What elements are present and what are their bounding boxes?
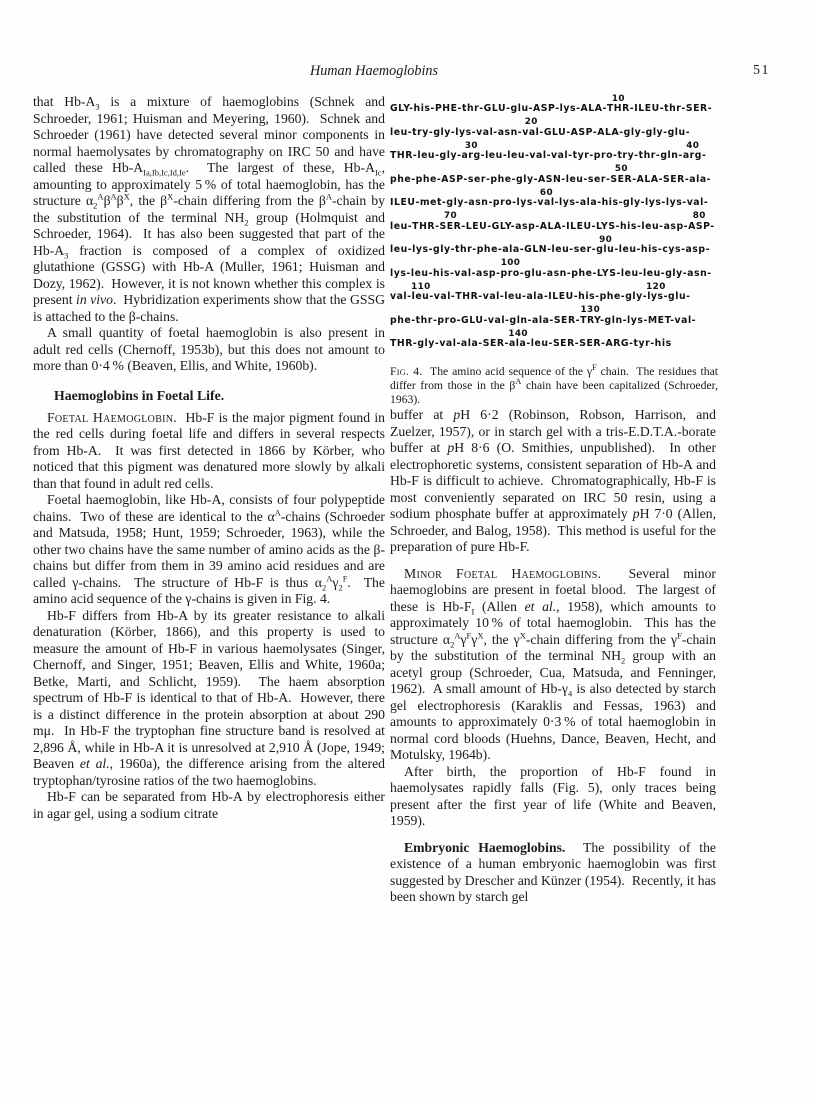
residue: SER- <box>554 316 580 326</box>
residue: his- <box>641 245 662 255</box>
residue: gln- <box>509 316 532 326</box>
residue: thr- <box>639 151 661 161</box>
residue: phe- <box>416 175 442 185</box>
residue: lys- <box>645 198 666 208</box>
residue: 90glu- <box>596 245 619 255</box>
figure-caption: Fig. 4. The amino acid sequence of the γ… <box>390 365 718 407</box>
sequence-line: ILEU-met-gly-asn-pro-lys-60val-lys-ala-h… <box>390 185 754 209</box>
residue: 70SER- <box>440 222 466 232</box>
residue-number: 70 <box>444 211 457 221</box>
paragraph: Hb-F differs from Hb-A by its greater re… <box>33 608 385 790</box>
residue: ALA- <box>597 128 623 138</box>
residue: lys- <box>455 128 476 138</box>
residue: ASP- <box>571 128 598 138</box>
residue: ala- <box>526 292 548 302</box>
residue: tyr- <box>634 339 655 349</box>
residue: leu- <box>531 339 553 349</box>
sequence-line: val-110leu-val-THR-val-leu-ala-ILEU-his-… <box>390 279 754 303</box>
residue: glu- <box>668 128 691 138</box>
residue: his- <box>602 198 623 208</box>
paragraph-lead: Embryonic Haemoglobins. <box>404 840 565 855</box>
residue: his <box>655 339 672 349</box>
residue: ILEU- <box>390 198 420 208</box>
residue: PHE- <box>435 104 462 114</box>
residue: THR- <box>390 339 417 349</box>
residue: ala- <box>502 245 524 255</box>
residue-number: 110 <box>411 282 431 292</box>
residue: pro- <box>594 151 618 161</box>
residue-number: 80 <box>693 211 706 221</box>
residue: asn- <box>468 198 492 208</box>
residue: 30arg- <box>461 151 485 161</box>
residue: ASP- <box>441 175 468 185</box>
residue: val- <box>439 339 461 349</box>
paragraph: buffer at pH 6·2 (Robinson, Robson, Harr… <box>390 407 716 556</box>
residue: lys- <box>412 245 433 255</box>
right-column-body: buffer at pH 6·2 (Robinson, Robson, Harr… <box>390 407 716 906</box>
residue: 20val- <box>522 128 544 138</box>
residue: gln- <box>605 316 628 326</box>
sequence-line: THR-gly-val-ala-SER-140ala-leu-SER-SER-A… <box>390 326 754 350</box>
residue: asn- <box>498 128 522 138</box>
residue: ser- <box>574 245 596 255</box>
residue: val- <box>687 198 709 208</box>
residue: asp- <box>515 222 540 232</box>
residue: ALA- <box>540 222 566 232</box>
residue: val- <box>551 151 573 161</box>
sequence-line: phe-thr-pro-GLU-val-gln-ala-SER-130TRY-g… <box>390 302 754 326</box>
residue: lys- <box>517 198 538 208</box>
residue: phe- <box>390 175 416 185</box>
residue: thr- <box>455 245 477 255</box>
residue: LEU- <box>466 222 492 232</box>
residue: SER- <box>663 175 689 185</box>
sequence-line: phe-phe-ASP-ser-phe-gly-ASN-leu-ser-50SE… <box>390 161 754 185</box>
residue: leu- <box>390 222 412 232</box>
residue: LYS- <box>597 269 621 279</box>
residue: ser- <box>468 175 490 185</box>
residue-number: 30 <box>465 141 478 151</box>
residue: 140ala- <box>509 339 531 349</box>
residue: cys- <box>662 245 685 255</box>
residue: met- <box>420 198 447 208</box>
residue: ASP- <box>533 104 560 114</box>
residue: gly- <box>446 198 468 208</box>
residue: leu- <box>411 269 433 279</box>
residue: ASN- <box>538 175 566 185</box>
residue: ARG- <box>605 339 633 349</box>
residue: gly- <box>623 198 645 208</box>
figure-4: GLY-his-PHE-thr-GLU-glu-ASP-lys-ALA-10TH… <box>390 96 754 407</box>
residue: GLU- <box>484 104 511 114</box>
residue: ser- <box>588 175 610 185</box>
residue: pro- <box>437 316 461 326</box>
residue: 60val- <box>537 198 559 208</box>
paragraph: Foetal haemoglobin, like Hb-A, consists … <box>33 492 385 608</box>
residue: leu- <box>643 269 665 279</box>
residue: MET- <box>648 316 675 326</box>
residue: his- <box>433 269 454 279</box>
sequence-line: leu-THR-70SER-LEU-GLY-asp-ALA-ILEU-LYS-h… <box>390 208 754 232</box>
paragraph: that Hb-A3 is a mixture of haemoglobins … <box>33 94 385 325</box>
residue-number: 90 <box>599 235 612 245</box>
residue: THR- <box>390 151 417 161</box>
figure-caption-lead: Fig. 4. <box>390 365 423 378</box>
residue: 40arg- <box>683 151 707 161</box>
residue: gln- <box>660 151 683 161</box>
residue: leu- <box>621 269 643 279</box>
sequence-line: lys-leu-his-val-asp-100pro-glu-asn-phe-L… <box>390 255 754 279</box>
residue: ILEU- <box>634 104 664 114</box>
residue: leu- <box>485 151 507 161</box>
residue: phe- <box>490 175 516 185</box>
residue: leu- <box>552 245 574 255</box>
residue: THR- <box>455 292 482 302</box>
residue: pro- <box>493 198 517 208</box>
residue: glu- <box>668 292 691 302</box>
residue: tyr- <box>573 151 594 161</box>
residue: gly- <box>433 128 455 138</box>
residue: SER- <box>579 339 605 349</box>
residue: leu- <box>417 151 439 161</box>
residue-number: 10 <box>612 94 625 104</box>
paragraph: Hb-F can be separated from Hb-A by elect… <box>33 789 385 822</box>
residue: glu- <box>524 269 547 279</box>
residue-number: 40 <box>686 141 699 151</box>
residue: asp- <box>664 222 689 232</box>
residue: GLU- <box>544 128 571 138</box>
paragraph: A small quantity of foetal haemoglobin i… <box>33 325 385 375</box>
residue: leu- <box>504 292 526 302</box>
residue: try- <box>617 151 638 161</box>
page-number: 51 <box>753 63 770 79</box>
residue: 100pro- <box>501 269 525 279</box>
document-page: Human Haemoglobins 51 that Hb-A3 is a mi… <box>0 0 816 1099</box>
paragraph-lead: Foetal Haemoglobin. <box>47 410 177 425</box>
residue: phe- <box>390 316 416 326</box>
residue: SER- <box>686 104 712 114</box>
paragraph: Foetal Haemoglobin. Hb-F is the major pi… <box>33 410 385 493</box>
residue-number: 130 <box>581 305 601 315</box>
running-header: Human Haemoglobins <box>33 63 715 80</box>
residue: LYS- <box>596 222 620 232</box>
residue: val- <box>529 151 551 161</box>
amino-acid-sequence: GLY-his-PHE-thr-GLU-glu-ASP-lys-ALA-10TH… <box>390 96 754 349</box>
residue: thr- <box>416 316 438 326</box>
residue: ALA- <box>637 175 663 185</box>
residue: 10THR- <box>607 104 634 114</box>
residue: GLY- <box>492 222 516 232</box>
residue-number: 20 <box>525 117 538 127</box>
residue: thr- <box>664 104 686 114</box>
residue: val- <box>454 269 476 279</box>
residue-number: 60 <box>540 188 553 198</box>
residue: asn- <box>547 269 571 279</box>
sequence-line: THR-leu-gly-30arg-leu-leu-val-val-tyr-pr… <box>390 138 754 162</box>
residue: lys- <box>559 198 580 208</box>
residue-number: 100 <box>501 258 521 268</box>
residue: val- <box>675 316 697 326</box>
residue: GLY- <box>390 104 414 114</box>
sequence-line: leu-lys-gly-thr-phe-ala-GLN-leu-ser-90gl… <box>390 232 754 256</box>
residue: GLU- <box>461 316 488 326</box>
residue: 80ASP- <box>688 222 715 232</box>
residue: ala- <box>461 339 483 349</box>
residue: gly- <box>516 175 538 185</box>
residue: GLN- <box>524 245 551 255</box>
residue: lys- <box>390 269 411 279</box>
paragraph: Embryonic Haemoglobins. The possibility … <box>390 840 716 906</box>
residue: leu- <box>566 175 588 185</box>
residue: asp- <box>685 245 710 255</box>
residue: gly- <box>417 339 439 349</box>
paragraph: Minor Foetal Haemoglobins. Several minor… <box>390 566 716 764</box>
residue: ILEU- <box>566 222 596 232</box>
residue: gly- <box>665 269 687 279</box>
residue: his- <box>578 292 599 302</box>
running-title: Human Haemoglobins <box>310 63 438 79</box>
residue: glu- <box>511 104 534 114</box>
residue: lys- <box>666 198 687 208</box>
paragraph: After birth, the proportion of Hb-F foun… <box>390 764 716 830</box>
residue: val- <box>390 292 412 302</box>
residue: 120lys- <box>647 292 668 302</box>
residue: ala- <box>532 316 554 326</box>
residue: phe- <box>600 292 626 302</box>
residue: gly- <box>646 128 668 138</box>
residue: asn- <box>687 269 711 279</box>
section-heading: Haemoglobins in Foetal Life. <box>54 388 385 404</box>
sequence-line: GLY-his-PHE-thr-GLU-glu-ASP-lys-ALA-10TH… <box>390 96 754 114</box>
residue: val- <box>476 128 498 138</box>
residue: ala- <box>689 175 711 185</box>
residue: 50SER- <box>610 175 636 185</box>
residue: leu- <box>641 222 663 232</box>
residue: val- <box>488 316 510 326</box>
residue: leu- <box>507 151 529 161</box>
residue: phe- <box>477 245 503 255</box>
residue: gly- <box>624 128 646 138</box>
residue: 130TRY- <box>580 316 604 326</box>
residue-number: 120 <box>646 282 666 292</box>
residue: gly- <box>433 245 455 255</box>
residue: gly- <box>625 292 647 302</box>
residue: try- <box>412 128 433 138</box>
residue: thr- <box>462 104 484 114</box>
residue: ala- <box>580 198 602 208</box>
right-column: GLY-his-PHE-thr-GLU-glu-ASP-lys-ALA-10TH… <box>390 96 716 906</box>
residue: SER- <box>483 339 509 349</box>
residue: ALA- <box>581 104 607 114</box>
residue: asp- <box>476 269 501 279</box>
residue: his- <box>620 222 641 232</box>
residue: val- <box>434 292 456 302</box>
left-column: that Hb-A3 is a mixture of haemoglobins … <box>33 94 385 822</box>
sequence-line: leu-try-gly-lys-val-asn-20val-GLU-ASP-AL… <box>390 114 754 138</box>
residue: lys- <box>560 104 581 114</box>
residue: phe- <box>571 269 597 279</box>
residue: his- <box>414 104 435 114</box>
residue-number: 140 <box>508 329 528 339</box>
residue: val- <box>483 292 505 302</box>
paragraph-lead: Minor Foetal Haemoglobins. <box>404 566 601 581</box>
residue: gly- <box>440 151 462 161</box>
residue: ILEU- <box>548 292 578 302</box>
residue: SER- <box>553 339 579 349</box>
residue: lys- <box>627 316 648 326</box>
residue: 110leu- <box>412 292 434 302</box>
residue: leu- <box>619 245 641 255</box>
residue: THR- <box>412 222 439 232</box>
residue: leu- <box>390 245 412 255</box>
residue: leu- <box>390 128 412 138</box>
residue-number: 50 <box>615 164 628 174</box>
